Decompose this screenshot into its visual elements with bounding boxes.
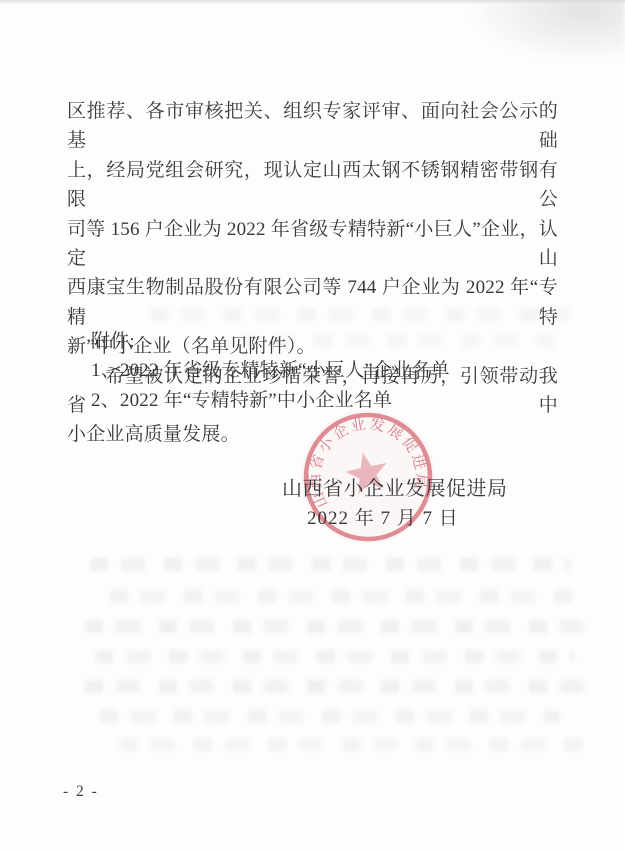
body-text-line: 司等 156 户企业为 2022 年省级专精特新“小巨人”企业，认定山 — [67, 215, 558, 274]
scan-artifact — [150, 308, 570, 321]
scan-artifact — [240, 334, 560, 347]
scan-artifact — [110, 590, 580, 603]
scan-artifact — [120, 738, 590, 751]
body-text-line: 西康宝生物制品股份有限公司等 744 户企业为 2022 年“专精特 — [67, 273, 558, 332]
scan-artifact — [95, 650, 575, 663]
body-text-line: 区推荐、各市审核把关、组织专家评审、面向社会公示的基础 — [67, 97, 558, 156]
signature-date: 2022 年 7 月 7 日 — [307, 503, 459, 530]
signature-agency: 山西省小企业发展促进局 — [282, 472, 508, 501]
document-page: 区推荐、各市审核把关、组织专家评审、面向社会公示的基础 上，经局党组会研究，现认… — [0, 0, 625, 853]
scan-smudge — [465, 0, 625, 64]
body-text-line: 上，经局党组会研究，现认定山西太钢不锈钢精密带钢有限公 — [67, 156, 558, 215]
page-number: - 2 - — [63, 783, 99, 801]
scan-artifact — [85, 680, 590, 693]
scan-artifact — [85, 620, 585, 633]
attachment-item: 1、2022 年省级专精特新“小巨人”企业名单 — [91, 356, 558, 385]
scan-artifact — [100, 710, 560, 723]
